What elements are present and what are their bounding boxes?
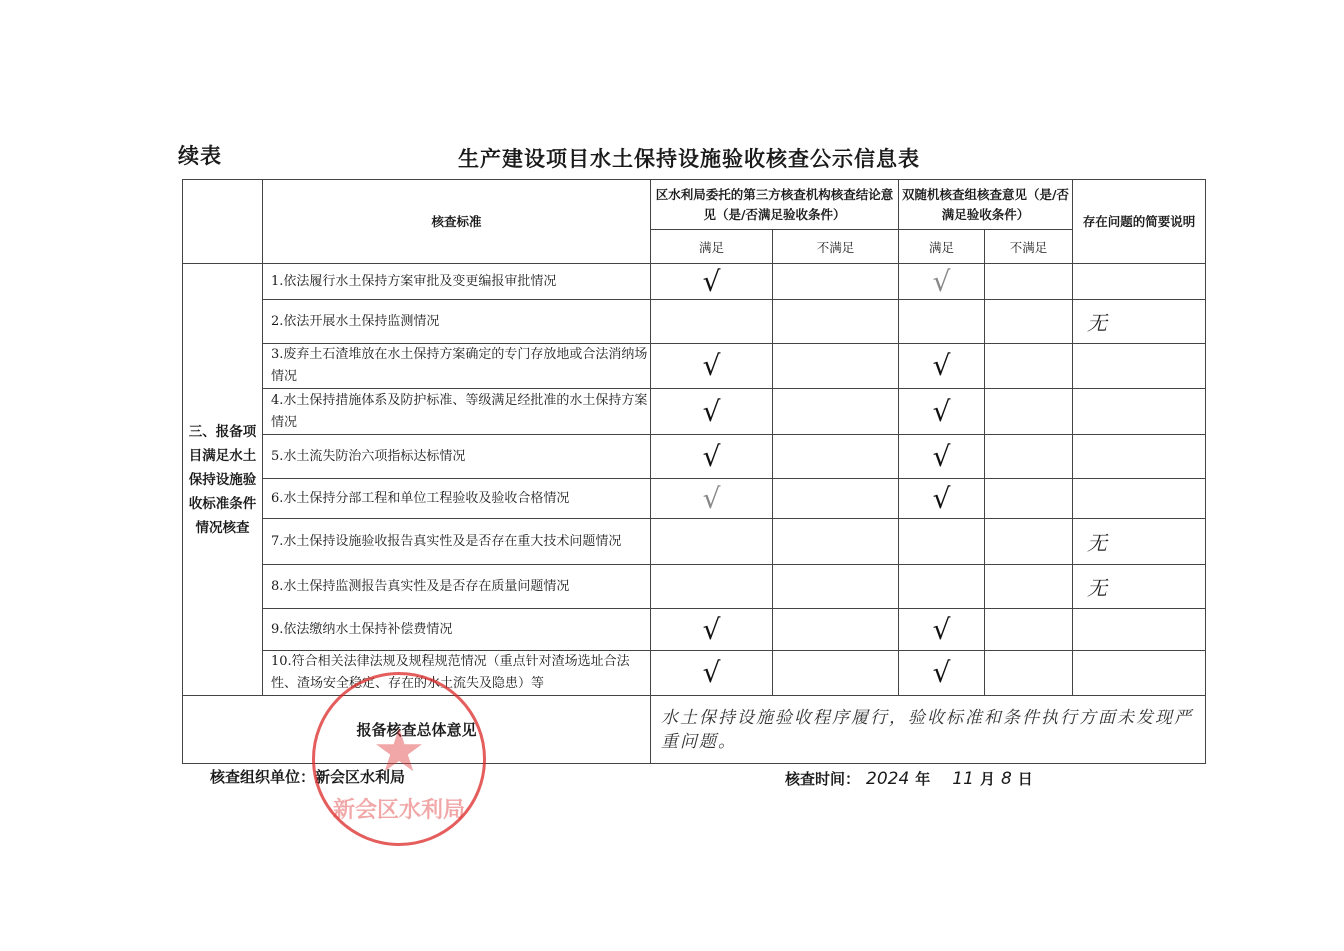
checkmark-icon: √ (933, 395, 951, 428)
dual-random-satisfied-cell: √ (899, 435, 985, 479)
dual-random-not-satisfied-cell (985, 565, 1073, 609)
date-year: 2024 (866, 769, 909, 789)
inspection-table: 核查标准 区水利局委托的第三方核查机构核查结论意见（是/否满足验收条件） 双随机… (182, 179, 1206, 764)
criterion-cell: 8.水土保持监测报告真实性及是否存在质量问题情况 (263, 565, 651, 609)
dual-random-satisfied-cell (899, 300, 985, 344)
third-party-satisfied-cell: √ (651, 389, 773, 435)
year-unit: 年 (915, 770, 930, 788)
third-party-not-satisfied-cell (773, 300, 899, 344)
criterion-cell: 4.水土保持措施体系及防护标准、等级满足经批准的水土保持方案情况 (263, 389, 651, 435)
third-party-not-satisfied-cell (773, 344, 899, 389)
date-label: 核查时间： (785, 770, 860, 788)
inspection-organization: 核查组织单位：新会区水利局 (210, 766, 405, 787)
org-name: 新会区水利局 (315, 768, 405, 786)
table-row: 4.水土保持措施体系及防护标准、等级满足经批准的水土保持方案情况√√ (183, 389, 1206, 435)
third-party-satisfied-cell (651, 519, 773, 565)
dual-random-satisfied-cell: √ (899, 389, 985, 435)
criterion-cell: 7.水土保持设施验收报告真实性及是否存在重大技术问题情况 (263, 519, 651, 565)
checkmark-icon: √ (933, 440, 951, 473)
criterion-cell: 9.依法缴纳水土保持补偿费情况 (263, 609, 651, 651)
checkmark-icon: √ (703, 265, 721, 298)
remark-cell (1073, 344, 1206, 389)
remarks-header: 存在问题的简要说明 (1073, 180, 1206, 264)
criterion-cell: 10.符合相关法律法规及规程规范情况（重点针对渣场选址合法性、渣场安全稳定、存在… (263, 651, 651, 696)
third-party-satisfied-cell (651, 565, 773, 609)
remark-cell: 无 (1073, 519, 1206, 565)
remark-cell: 无 (1073, 565, 1206, 609)
table-row: 9.依法缴纳水土保持补偿费情况√√ (183, 609, 1206, 651)
dual-random-satisfied-cell: √ (899, 264, 985, 300)
checkmark-icon: √ (703, 656, 721, 689)
checkmark-icon: √ (933, 656, 951, 689)
section-header-blank (183, 180, 263, 264)
third-party-not-satisfied-cell (773, 609, 899, 651)
remark-cell: 无 (1073, 300, 1206, 344)
third-party-satisfied-cell: √ (651, 264, 773, 300)
date-day: 8 (1001, 769, 1012, 789)
checkmark-icon: √ (933, 265, 951, 298)
org-label: 核查组织单位： (210, 768, 315, 786)
criterion-cell: 1.依法履行水土保持方案审批及变更编报审批情况 (263, 264, 651, 300)
overall-opinion-text: 水土保持设施验收程序履行，验收标准和条件执行方面未发现严重问题。 (651, 696, 1206, 764)
dual-random-not-satisfied-cell (985, 609, 1073, 651)
dual-random-satisfied-cell: √ (899, 479, 985, 519)
section-label: 三、报备项目满足水土保持设施验收标准条件情况核查 (183, 264, 263, 696)
checkmark-icon: √ (933, 613, 951, 646)
third-party-satisfied-cell: √ (651, 344, 773, 389)
dual-random-header: 双随机核查组核查意见（是/否满足验收条件） (899, 180, 1073, 230)
continuation-label: 续表 (178, 140, 222, 170)
table-row: 3.废弃土石渣堆放在水土保持方案确定的专门存放地或合法消纳场情况√√ (183, 344, 1206, 389)
dual-random-satisfied-cell (899, 565, 985, 609)
table-row: 三、报备项目满足水土保持设施验收标准条件情况核查1.依法履行水土保持方案审批及变… (183, 264, 1206, 300)
checkmark-icon: √ (703, 613, 721, 646)
table-row: 8.水土保持监测报告真实性及是否存在质量问题情况无 (183, 565, 1206, 609)
third-party-not-satisfied-cell (773, 565, 899, 609)
dual-random-not-satisfied-cell (985, 435, 1073, 479)
criterion-cell: 3.废弃土石渣堆放在水土保持方案确定的专门存放地或合法消纳场情况 (263, 344, 651, 389)
document-title: 生产建设项目水土保持设施验收核查公示信息表 (458, 143, 920, 173)
inspection-date: 核查时间：2024年11月8日 (785, 768, 1033, 789)
table-row: 5.水土流失防治六项指标达标情况√√ (183, 435, 1206, 479)
dual-random-satisfied-cell: √ (899, 609, 985, 651)
remark-cell (1073, 609, 1206, 651)
third-party-not-satisfied-cell (773, 651, 899, 696)
remark-cell (1073, 435, 1206, 479)
remark-cell (1073, 651, 1206, 696)
third-party-not-satisfied-cell (773, 519, 899, 565)
third-party-satisfied-cell: √ (651, 435, 773, 479)
dual-random-not-satisfied-cell (985, 389, 1073, 435)
third-party-satisfied-cell (651, 300, 773, 344)
third-party-satisfied-cell: √ (651, 479, 773, 519)
checkmark-icon: √ (703, 395, 721, 428)
date-month: 11 (952, 769, 974, 789)
month-unit: 月 (980, 770, 995, 788)
table-row: 10.符合相关法律法规及规程规范情况（重点针对渣场选址合法性、渣场安全稳定、存在… (183, 651, 1206, 696)
remark-cell (1073, 264, 1206, 300)
dual-random-satisfied-cell (899, 519, 985, 565)
dual-random-satisfied-cell: √ (899, 344, 985, 389)
third-party-satisfied-cell: √ (651, 651, 773, 696)
dual-random-not-satisfied-cell (985, 300, 1073, 344)
criterion-cell: 5.水土流失防治六项指标达标情况 (263, 435, 651, 479)
third-party-not-satisfied-header: 不满足 (773, 230, 899, 264)
overall-opinion-label: 报备核查总体意见 (183, 696, 651, 764)
remark-cell (1073, 479, 1206, 519)
criteria-header: 核查标准 (263, 180, 651, 264)
checkmark-icon: √ (703, 440, 721, 473)
third-party-not-satisfied-cell (773, 435, 899, 479)
checkmark-icon: √ (703, 482, 721, 515)
third-party-not-satisfied-cell (773, 479, 899, 519)
dual-random-satisfied-header: 满足 (899, 230, 985, 264)
dual-random-not-satisfied-cell (985, 264, 1073, 300)
criterion-cell: 2.依法开展水土保持监测情况 (263, 300, 651, 344)
third-party-satisfied-header: 满足 (651, 230, 773, 264)
third-party-header: 区水利局委托的第三方核查机构核查结论意见（是/否满足验收条件） (651, 180, 899, 230)
third-party-satisfied-cell: √ (651, 609, 773, 651)
dual-random-not-satisfied-cell (985, 519, 1073, 565)
day-unit: 日 (1018, 770, 1033, 788)
third-party-not-satisfied-cell (773, 264, 899, 300)
third-party-not-satisfied-cell (773, 389, 899, 435)
table-row: 2.依法开展水土保持监测情况无 (183, 300, 1206, 344)
dual-random-satisfied-cell: √ (899, 651, 985, 696)
checkmark-icon: √ (933, 349, 951, 382)
dual-random-not-satisfied-header: 不满足 (985, 230, 1073, 264)
criterion-cell: 6.水土保持分部工程和单位工程验收及验收合格情况 (263, 479, 651, 519)
remark-cell (1073, 389, 1206, 435)
checkmark-icon: √ (703, 349, 721, 382)
dual-random-not-satisfied-cell (985, 651, 1073, 696)
dual-random-not-satisfied-cell (985, 479, 1073, 519)
table-row: 6.水土保持分部工程和单位工程验收及验收合格情况√√ (183, 479, 1206, 519)
seal-text: 新会区水利局 (315, 793, 483, 824)
dual-random-not-satisfied-cell (985, 344, 1073, 389)
table-row: 7.水土保持设施验收报告真实性及是否存在重大技术问题情况无 (183, 519, 1206, 565)
checkmark-icon: √ (933, 482, 951, 515)
